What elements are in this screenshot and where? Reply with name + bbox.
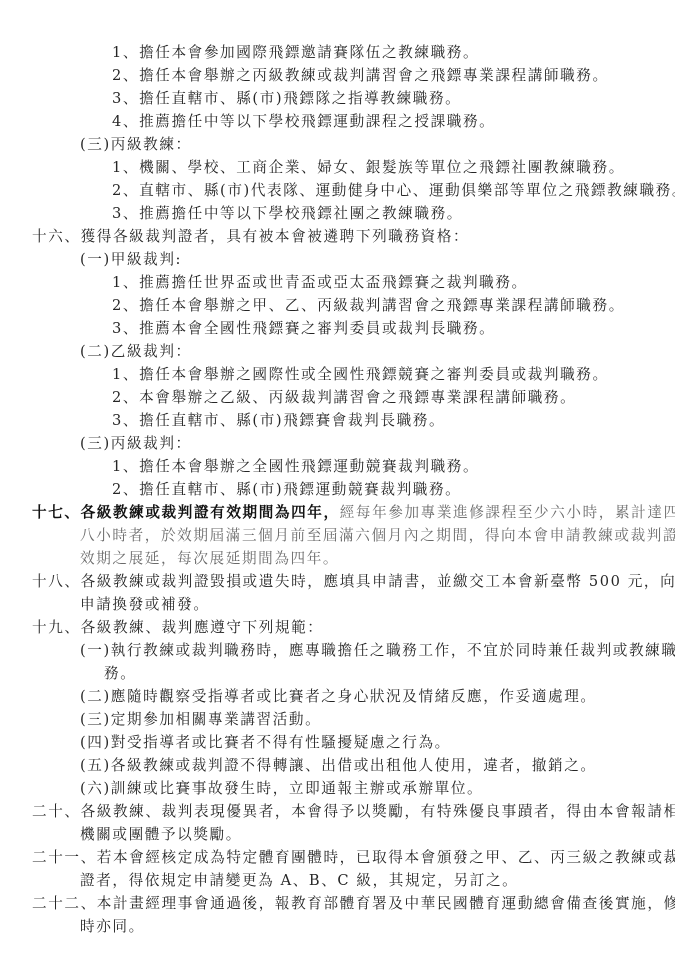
subsection-heading: (三)丙級裁判： <box>80 433 192 455</box>
list-item: 2、擔任直轄市、縣(市)飛鏢運動競賽裁判職務。 <box>112 479 461 501</box>
section-heading: 十九、各級教練、裁判應遵守下列規範： <box>32 617 324 639</box>
list-item: 1、機關、學校、工商企業、婦女、銀髮族等單位之飛鏢社團教練職務。 <box>112 157 625 179</box>
list-item: 1、擔任本會舉辦之國際性或全國性飛鏢競賽之審判委員或裁判職務。 <box>112 364 609 386</box>
list-item: 1、擔任本會參加國際飛鏢邀請賽隊伍之教練職務。 <box>112 42 479 64</box>
section-continuation: 證者，得依規定申請變更為 A、B、C 級，其規定，另訂之。 <box>80 870 518 892</box>
document-page: 1、擔任本會參加國際飛鏢邀請賽隊伍之教練職務。 2、擔任本會舉辦之丙級教練或裁判… <box>0 0 675 960</box>
section-17-line-3: 效期之展延，每次展延期間為四年。 <box>80 548 339 570</box>
section-heading: 十八、各級教練或裁判證毀損或遺失時，應填具申請書，並繳交工本會新臺幣 500 元… <box>32 571 675 593</box>
list-item: 1、擔任本會舉辦之全國性飛鏢運動競賽裁判職務。 <box>112 456 479 478</box>
list-item: 3、推薦擔任中等以下學校飛鏢社團之教練職務。 <box>112 203 463 225</box>
list-item: 1、推薦擔任世界盃或世青盃或亞太盃飛鏢賽之裁判職務。 <box>112 272 528 294</box>
list-item: 3、擔任直轄市、縣(市)飛鏢賽會裁判長職務。 <box>112 410 445 432</box>
list-item: 2、本會舉辦之乙級、丙級裁判講習會之飛鏢專業課程講師職務。 <box>112 387 576 409</box>
section-17-emphasis: 十七、各級教練或裁判證有效期間為四年， <box>32 504 340 521</box>
list-item: (一)執行教練或裁判職務時，應專職擔任之職務工作，不宜於同時兼任裁判或教練職 <box>80 640 675 662</box>
section-17-continuation: 經每年參加專業進修課程至少六小時，累計達四十 <box>340 504 675 521</box>
list-item: (六)訓練或比賽事故發生時，立即通報主辦或承辦單位。 <box>80 778 483 800</box>
section-heading: 十七、各級教練或裁判證有效期間為四年，經每年參加專業進修課程至少六小時，累計達四… <box>32 502 675 524</box>
subsection-heading: (二)乙級裁判： <box>80 341 192 363</box>
list-item: 3、擔任直轄市、縣(市)飛鏢隊之指導教練職務。 <box>112 88 461 110</box>
section-heading: 二十二、本計畫經理事會通過後，報教育部體育署及中華民國體育運動總會備查後實施，修… <box>32 893 675 915</box>
list-item: 2、直轄市、縣(市)代表隊、運動健身中心、運動俱樂部等單位之飛鏢教練職務。 <box>112 180 675 202</box>
section-continuation: 時亦同。 <box>80 916 145 938</box>
subsection-heading: (三)丙級教練： <box>80 134 192 156</box>
section-continuation: 機關或團體予以獎勵。 <box>80 824 242 846</box>
list-item: 2、擔任本會舉辦之丙級教練或裁判講習會之飛鏢專業課程講師職務。 <box>112 65 609 87</box>
list-item: (四)對受指導者或比賽者不得有性騷擾疑慮之行為。 <box>80 732 451 754</box>
section-17-line-2: 八小時者，於效期屆滿三個月前至屆滿六個月內之期間，得向本會申請教練或裁判證 <box>80 525 675 547</box>
subsection-heading: (一)甲級裁判: <box>80 249 182 271</box>
section-heading: 二十一、若本會經核定成為特定體育團體時，已取得本會頒發之甲、乙、丙三級之教練或裁… <box>32 847 675 869</box>
section-continuation: 申請換發或補發。 <box>80 594 210 616</box>
list-item: (二)應隨時觀察受指導者或比賽者之身心狀況及情緒反應，作妥適處理。 <box>80 686 597 708</box>
list-item: (五)各級教練或裁判證不得轉讓、出借或出租他人使用，違者，撤銷之。 <box>80 755 597 777</box>
list-item: 2、擔任本會舉辦之甲、乙、丙級裁判講習會之飛鏢專業課程講師職務。 <box>112 295 625 317</box>
list-item: (三)定期參加相關專業講習活動。 <box>80 709 321 731</box>
list-item-continuation: 務。 <box>104 663 136 685</box>
section-heading: 二十、各級教練、裁判表現優異者，本會得予以獎勵，有特殊優良事蹟者，得由本會報請相… <box>32 801 675 823</box>
list-item: 4、推薦擔任中等以下學校飛鏢運動課程之授課職務。 <box>112 111 495 133</box>
section-heading: 十六、獲得各級裁判證者，具有被本會被遴聘下列職務資格： <box>32 226 469 248</box>
list-item: 3、推薦本會全國性飛鏢賽之審判委員或裁判長職務。 <box>112 318 495 340</box>
